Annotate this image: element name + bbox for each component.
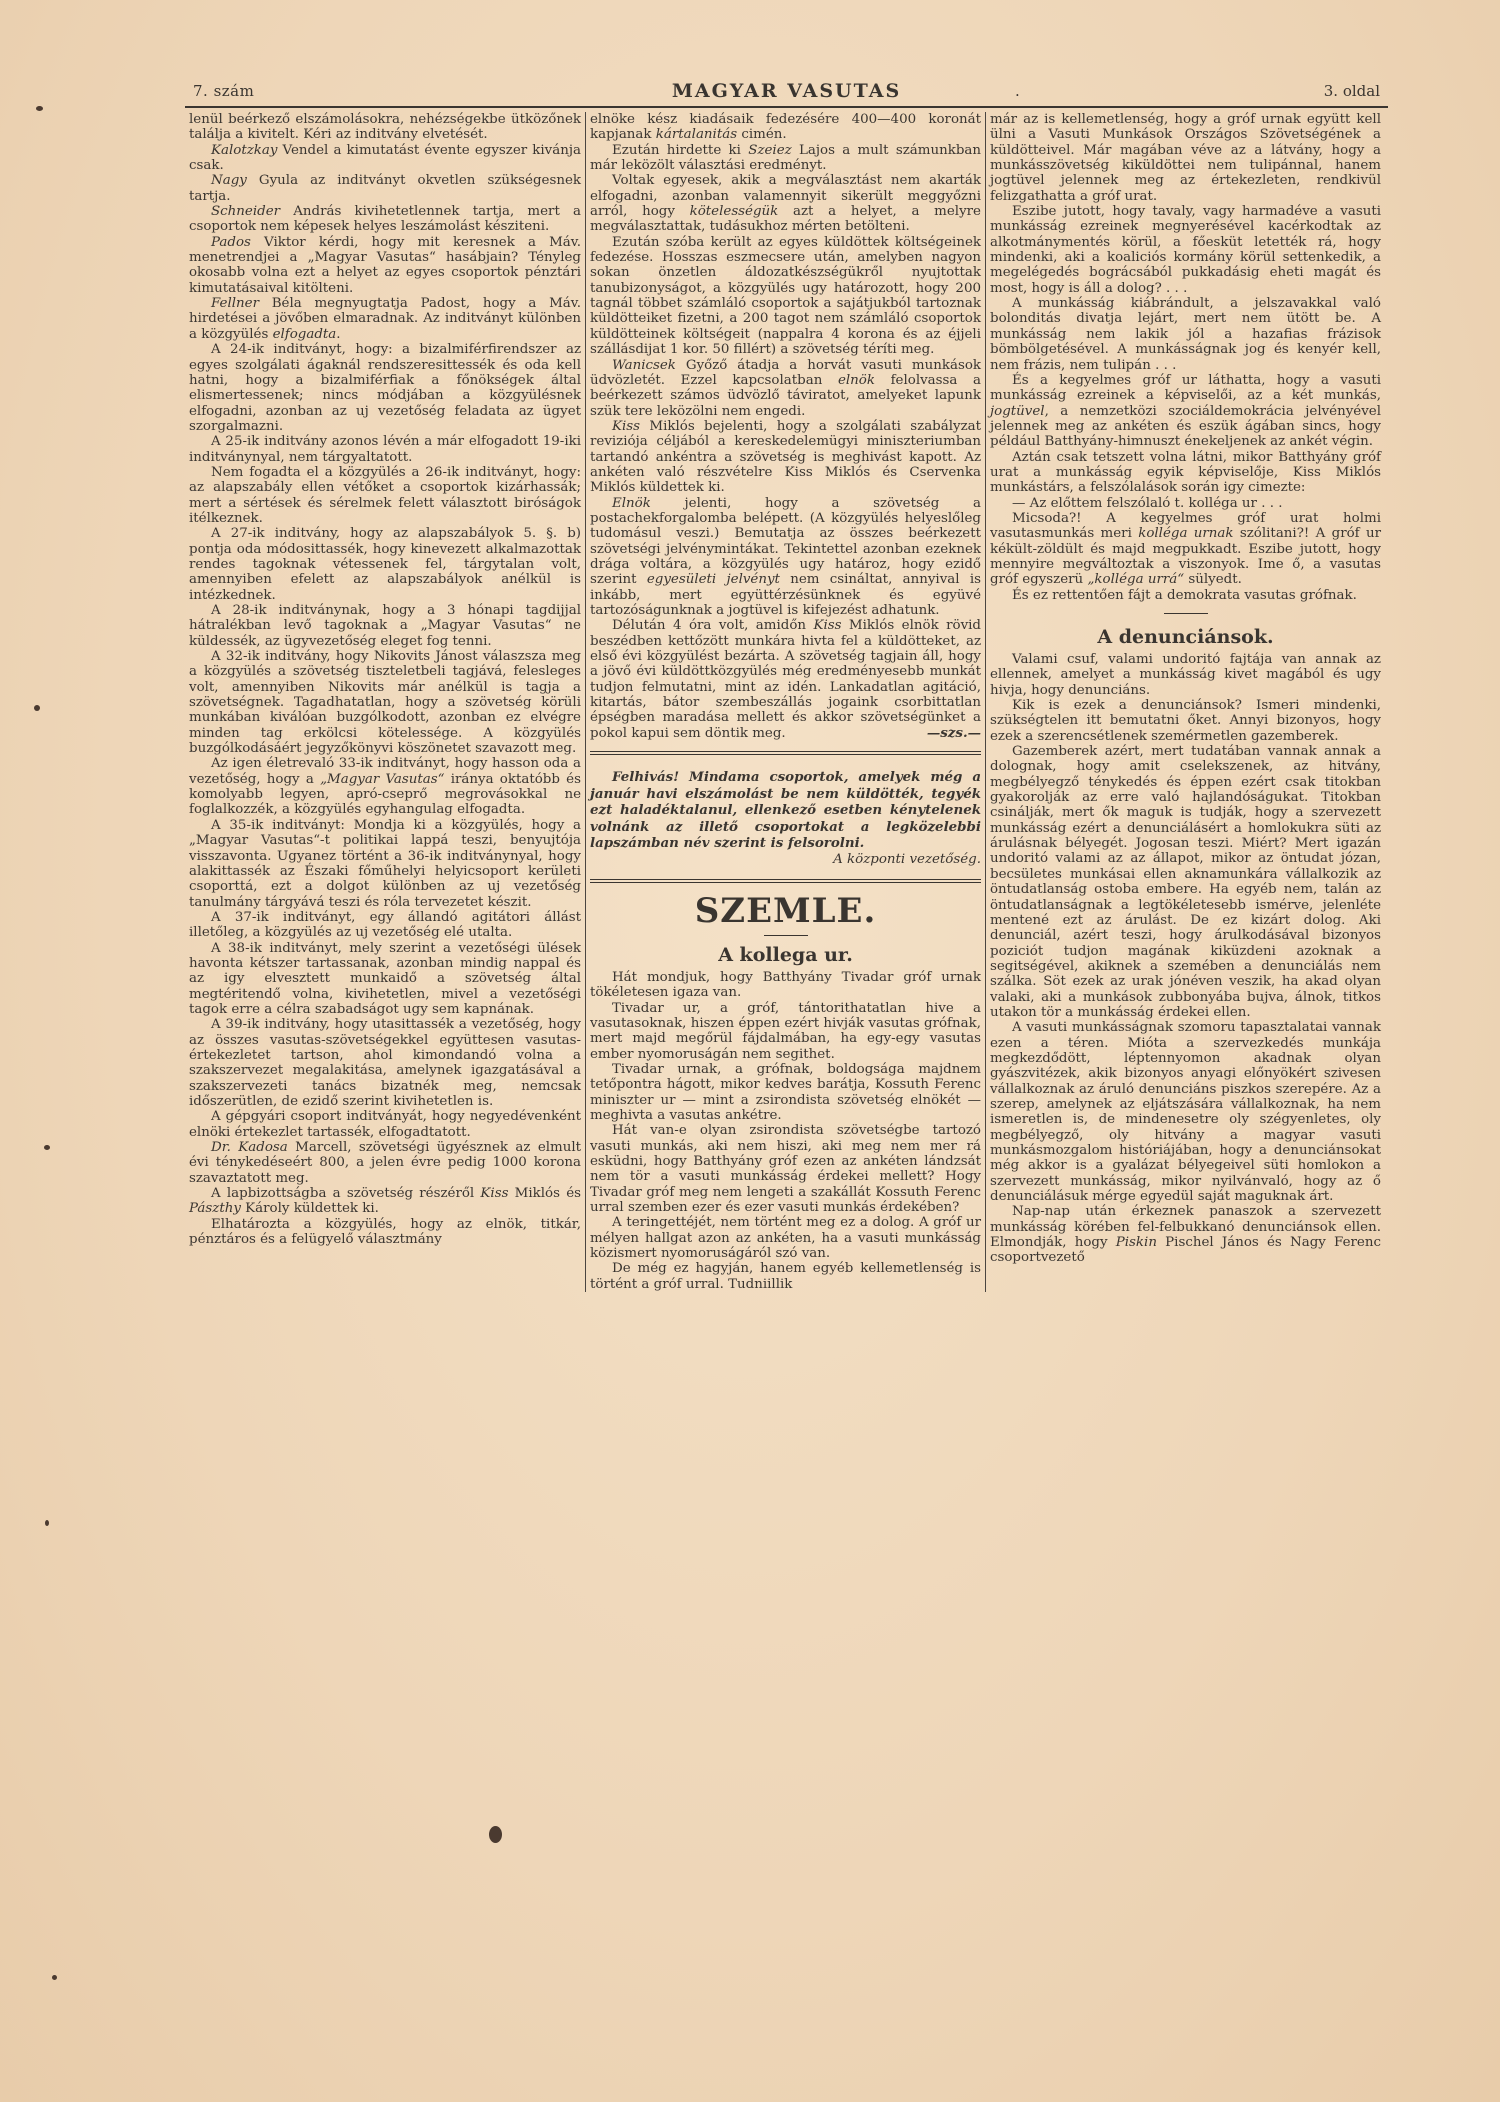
paragraph: A gépgyári csoport inditványát, hogy neg… <box>189 1109 581 1140</box>
italic-text: kötelességük <box>690 204 779 219</box>
short-rule <box>764 935 808 936</box>
paragraph: És ez rettentően fájt a demokrata vasuta… <box>990 588 1381 603</box>
paragraph: A 35-ik inditványt: Mondja ki a közgyülé… <box>189 818 581 910</box>
paragraph: Valami csuf, valami undoritó fajtája van… <box>990 652 1381 698</box>
name-highlight: Elnök <box>612 496 651 511</box>
masthead: 7. szám MAGYAR VASUTAS . 3. oldal <box>185 80 1388 108</box>
notice-text: Felhivás! Mindama csoportok, amelyek még… <box>590 769 981 852</box>
name-highlight: Fellner <box>211 296 259 311</box>
italic-text: Szeiez <box>748 143 791 158</box>
paragraph: A 27-ik inditvány, hogy az alapszabályok… <box>189 526 581 603</box>
paragraph: Pados Viktor kérdi, hogy mit keresnek a … <box>189 235 581 296</box>
name-highlight: Dr. Kadosa <box>211 1140 288 1155</box>
text: A 35-ik inditványt: Mondja ki a közgyülé… <box>189 818 581 910</box>
paragraph: A 32-ik inditvány, hogy Nikovits Jánost … <box>189 649 581 756</box>
ink-speck <box>34 705 40 711</box>
italic-text: kolléga urnak <box>1138 526 1233 541</box>
name-highlight: Nagy <box>211 173 247 188</box>
text: Gazemberek azért, mert tudatában vannak … <box>990 744 1381 1020</box>
paragraph: A 38-ik inditványt, mely szerint a vezet… <box>189 941 581 1018</box>
paragraph: Ezután szóba került az egyes küldöttek k… <box>590 235 981 358</box>
text: A 38-ik inditványt, mely szerint a vezet… <box>189 941 581 1017</box>
text: Valami csuf, valami undoritó fajtája van… <box>990 652 1381 698</box>
text: És ez rettentően fájt a demokrata vasuta… <box>1012 588 1357 603</box>
paragraph: Fellner Béla megnyugtatja Padost, hogy a… <box>189 296 581 342</box>
newspaper-page: 7. szám MAGYAR VASUTAS . 3. oldal lenül … <box>185 80 1388 1292</box>
paragraph: Hát van-e olyan zsirondista szövetségbe … <box>590 1123 981 1215</box>
name-highlight: Kalotzkay <box>211 143 277 158</box>
paragraph: Tivadar ur, a gróf, tántorithatatlan hiv… <box>590 1001 981 1062</box>
paragraph: És a kegyelmes gróf ur láthatta, hogy a … <box>990 373 1381 450</box>
italic-text: jogtüvel <box>990 404 1045 419</box>
columns: lenül beérkező elszámolásokra, nehézsége… <box>185 112 1388 1292</box>
text: cimén. <box>737 127 787 142</box>
paragraph: A 25-ik inditvány azonos lévén a már elf… <box>189 434 581 465</box>
paragraph: Kik is ezek a denunciánsok? Ismeri minde… <box>990 698 1381 744</box>
paragraph: — Az előttem felszólaló t. kollégа ur . … <box>990 496 1381 511</box>
text: A lapbizottságba a szövetség részéről <box>211 1186 480 1201</box>
name-highlight: Wanicsek <box>612 358 676 373</box>
double-rule <box>590 879 981 883</box>
double-rule <box>590 751 981 755</box>
text: Elhatározta a közgyülés, hogy az elnök, … <box>189 1217 581 1247</box>
column-3: már az is kellemetlenség, hogy a gróf ur… <box>985 112 1385 1292</box>
ink-speck <box>36 106 43 111</box>
paragraph: már az is kellemetlenség, hogy a gróf ur… <box>990 112 1381 204</box>
paragraph: Dr. Kadosa Marcell, szövetségi ügyésznek… <box>189 1140 581 1186</box>
text: A 27-ik inditvány, hogy az alapszabályok… <box>189 526 581 602</box>
text: Ezután szóba került az egyes küldöttek k… <box>590 235 981 357</box>
text: A 28-ik inditványnak, hogy a 3 hónapi ta… <box>189 603 581 649</box>
italic-text: „Magyar Vasutas“ <box>320 772 444 787</box>
italic-text: Kiss <box>480 1186 508 1201</box>
text: már az is kellemetlenség, hogy a gróf ur… <box>990 112 1381 204</box>
article-body: Hát mondjuk, hogy Batthyány Tivadar gróf… <box>590 970 981 1292</box>
text: A 37-ik inditványt, egy állandó agitátor… <box>189 910 581 940</box>
italic-text: egyesületi jelvényt <box>647 572 780 587</box>
text: Hát van-e olyan zsirondista szövetségbe … <box>590 1123 981 1215</box>
text: Károly küldettek ki. <box>241 1201 379 1216</box>
text: A 25-ik inditvány azonos lévén a már elf… <box>189 434 581 464</box>
paragraph: lenül beérkező elszámolásokra, nehézsége… <box>189 112 581 143</box>
article-title: A kollega ur. <box>590 944 981 966</box>
text: Kik is ezek a denunciánsok? Ismeri minde… <box>990 698 1381 744</box>
paragraph: Ezután hirdette ki Szeiez Lajos a mult s… <box>590 143 981 174</box>
ink-blot <box>489 1826 502 1843</box>
paragraph: A teringettéjét, nem történt meg ez a do… <box>590 1215 981 1261</box>
section-title: SZEMLE. <box>590 891 981 931</box>
text: Aztán csak tetszett volna látni, mikor B… <box>990 450 1381 496</box>
text: Hát mondjuk, hogy Batthyány Tivadar gróf… <box>590 970 981 1000</box>
ink-speck <box>52 1975 57 1980</box>
paragraph: Nap-nap után érkeznek panaszok a szervez… <box>990 1204 1381 1265</box>
short-rule <box>1164 613 1208 614</box>
paragraph: Az igen életrevaló 33-ik inditványt, hog… <box>189 756 581 817</box>
italic-text: Pászthy <box>189 1201 241 1216</box>
italic-text: Piskin <box>1116 1235 1157 1250</box>
italic-text: Kiss <box>813 618 841 633</box>
text: lenül beérkező elszámolásokra, nehézsége… <box>189 112 581 142</box>
masthead-dot: . <box>1015 82 1020 100</box>
paragraph: A lapbizottságba a szövetség részéről Ki… <box>189 1186 581 1217</box>
author-signature: —szs.— <box>905 726 981 741</box>
italic-text: elfogadta <box>273 327 337 342</box>
article-title: A denunciánsok. <box>990 626 1381 648</box>
text: A 24-ik inditványt, hogy: a bizalmiférfi… <box>189 342 581 434</box>
text: Miklós és <box>508 1186 581 1201</box>
paragraph: Délután 4 óra volt, amidőn Kiss Miklós e… <box>590 618 981 741</box>
text: A vasuti munkásságnak szomoru tapasztala… <box>990 1020 1381 1204</box>
paragraph: Schneider András kivihetetlennek tartja,… <box>189 204 581 235</box>
text: Miklós bejelenti, hogy a szolgálati szab… <box>590 419 981 495</box>
text: Nem fogadta el a közgyülés a 26-ik indit… <box>189 465 581 526</box>
text: Eszibe jutott, hogy tavaly, vagy harmadé… <box>990 204 1381 296</box>
paragraph: A 28-ik inditványnak, hogy a 3 hónapi ta… <box>189 603 581 649</box>
paragraph: Eszibe jutott, hogy tavaly, vagy harmadé… <box>990 204 1381 296</box>
text: Délután 4 óra volt, amidőn <box>612 618 813 633</box>
name-highlight: Pados <box>211 235 251 250</box>
text: , a nemzetközi szociáldemokrácia jelvény… <box>990 404 1381 450</box>
column-1: lenül beérkező elszámolásokra, nehézsége… <box>185 112 585 1292</box>
paragraph: Tivadar urnak, a grófnak, boldogsága maj… <box>590 1062 981 1123</box>
name-highlight: Schneider <box>211 204 280 219</box>
paragraph: Gazemberek azért, mert tudatában vannak … <box>990 744 1381 1020</box>
paragraph: Voltak egyesek, akik a megválasztást nem… <box>590 173 981 234</box>
ink-speck <box>45 1520 49 1526</box>
text: És a kegyelmes gróf ur láthatta, hogy a … <box>990 373 1381 403</box>
article-continued: már az is kellemetlenség, hogy a gróf ur… <box>990 112 1381 603</box>
paragraph: Elhatározta a közgyülés, hogy az elnök, … <box>189 1217 581 1248</box>
paragraph: A vasuti munkásságnak szomoru tapasztala… <box>990 1020 1381 1204</box>
column-2: elnöke kész kiadásaik fedezésére 400—400… <box>585 112 985 1292</box>
paragraph: A 37-ik inditványt, egy állandó agitátor… <box>189 910 581 941</box>
text: A teringettéjét, nem történt meg ez a do… <box>590 1215 981 1261</box>
text: Ezután hirdette ki <box>612 143 748 158</box>
paragraph: A 39-ik inditvány, hogy utasittassék a v… <box>189 1017 581 1109</box>
paragraph: Nem fogadta el a közgyülés a 26-ik indit… <box>189 465 581 526</box>
text: A 32-ik inditvány, hogy Nikovits Jánost … <box>189 649 581 756</box>
paragraph: Wanicsek Győző átadja a horvát vasuti mu… <box>590 358 981 419</box>
text: — Az előttem felszólaló t. kollégа ur . … <box>1012 496 1283 511</box>
italic-text: kártalanitás <box>656 127 737 142</box>
meeting-report-continued: elnöke kész kiadásaik fedezésére 400—400… <box>590 112 981 741</box>
text: sülyedt. <box>1184 572 1242 587</box>
text: De még ez hagyján, hanem egyéb kellemetl… <box>590 1261 981 1291</box>
paragraph: elnöke kész kiadásaik fedezésére 400—400… <box>590 112 981 143</box>
text: Tivadar urnak, a grófnak, boldogsága maj… <box>590 1062 981 1123</box>
text: Miklós elnök rövid beszédben kettőzött m… <box>590 618 981 740</box>
text: A gépgyári csoport inditványát, hogy neg… <box>189 1109 581 1139</box>
newspaper-title: MAGYAR VASUTAS <box>185 80 1388 102</box>
paragraph: A 24-ik inditványt, hogy: a bizalmiférfi… <box>189 342 581 434</box>
notice-signature: A központi vezetőség. <box>590 852 981 867</box>
paragraph: Kiss Miklós bejelenti, hogy a szolgálati… <box>590 419 981 496</box>
paragraph: Kalotzkay Vendel a kimutatást évente egy… <box>189 143 581 174</box>
text: Gyula az inditványt okvetlen szükségesne… <box>189 173 581 203</box>
paragraph: Aztán csak tetszett volna látni, mikor B… <box>990 450 1381 496</box>
page-number: 3. oldal <box>1324 82 1380 100</box>
article-body: Valami csuf, valami undoritó fajtája van… <box>990 652 1381 1266</box>
paragraph: Hát mondjuk, hogy Batthyány Tivadar gróf… <box>590 970 981 1001</box>
ink-speck <box>44 1145 50 1150</box>
italic-text: „kolléga urrá“ <box>1087 572 1184 587</box>
text: Tivadar ur, a gróf, tántorithatatlan hiv… <box>590 1001 981 1062</box>
paragraph: Micsoda?! A kegyelmes gróf urat holmi va… <box>990 511 1381 588</box>
text: A munkásság kiábrándult, a jelszavakkal … <box>990 296 1381 372</box>
italic-text: elnök <box>838 373 875 388</box>
text: A 39-ik inditvány, hogy utasittassék a v… <box>189 1017 581 1109</box>
paragraph: Elnök jelenti, hogy a szövetség a postac… <box>590 496 981 619</box>
paragraph: Nagy Gyula az inditványt okvetlen szüksé… <box>189 173 581 204</box>
paragraph: De még ez hagyján, hanem egyéb kellemetl… <box>590 1261 981 1292</box>
text: . <box>336 327 340 342</box>
name-highlight: Kiss <box>612 419 640 434</box>
paragraph: A munkásság kiábrándult, a jelszavakkal … <box>990 296 1381 373</box>
